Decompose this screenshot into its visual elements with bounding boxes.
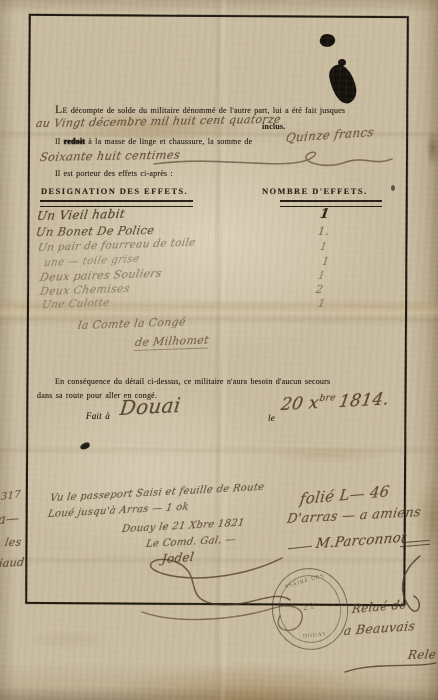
effect-item: Un Vieil habit — [36, 207, 126, 223]
margin-fragment: 317 — [1, 489, 21, 503]
date-superscript: bre — [319, 393, 337, 404]
column-header-nombre: NOMBRE D'EFFETS. — [262, 186, 368, 196]
margin-fragment: les — [4, 536, 23, 549]
underline-flourish — [343, 658, 438, 676]
label-le: le — [268, 413, 275, 423]
bottom-right-note: a Beauvais — [343, 618, 416, 638]
date-year: 1814. — [337, 389, 390, 412]
paragraph-masse: Il redoit à la masse de linge et chaussu… — [55, 137, 252, 146]
printed-inclus: inclus. — [262, 122, 285, 131]
effect-item: Un Bonet De Police — [35, 223, 156, 239]
handwritten-place: Douai — [119, 393, 183, 420]
label-fait-a: Fait à — [86, 411, 110, 421]
paragraph-porteur: Il est porteur des effets ci-après : — [55, 169, 173, 178]
date-day: 20 x — [279, 393, 320, 415]
effect-qty: 1. — [317, 225, 330, 238]
word-il: Il — [55, 137, 64, 146]
margin-fragment: iaud — [0, 556, 25, 570]
overwritten-word: redoit — [64, 137, 86, 146]
column-header-designation: DESIGNATION DES EFFETS. — [41, 186, 188, 196]
effect-item: Une Culotte — [41, 297, 111, 311]
header-rule-right — [280, 200, 382, 207]
drop-cap: LE — [55, 102, 68, 117]
paragraph-consequence-1: En conséquence du détail ci-dessus, ce m… — [55, 377, 330, 386]
scanned-military-document: LE décompte de solde du militaire dénomm… — [0, 0, 438, 700]
margin-fragment: a— — [0, 511, 20, 528]
paragraph-masse-text: à la masse de linge et chaussure, la som… — [85, 137, 252, 146]
ink-blot — [338, 59, 346, 66]
ink-speck — [391, 185, 395, 191]
handwritten-note-line2: de Milhomet — [134, 333, 210, 351]
ink-scrawl-sum — [150, 146, 400, 172]
